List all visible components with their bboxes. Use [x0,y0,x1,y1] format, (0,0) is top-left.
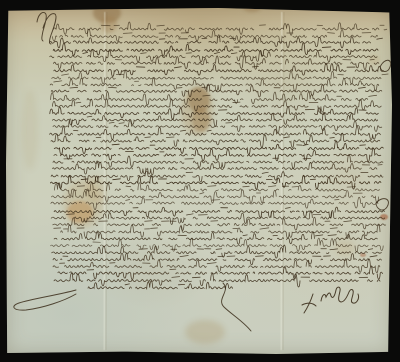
signature-name [321,287,359,303]
photo-background [0,0,400,362]
signature-paraph [302,294,316,313]
fold-line [104,12,105,350]
stain [181,87,213,135]
handwritten-text-block [50,22,389,289]
fold-line [281,12,282,350]
script-line [53,154,383,168]
script-line [54,273,380,287]
script-line [53,217,386,230]
signature [302,287,359,313]
script-line [53,43,378,57]
fold-shadow [106,12,107,350]
script-line [53,29,378,42]
script-line [54,225,380,239]
script-line [53,119,382,133]
script-line [50,106,379,119]
bottom-center-s-flourish [222,283,251,331]
script-line [52,245,382,258]
script-line [52,71,388,85]
bottom-left-lasso-flourish [14,290,76,310]
stain [185,320,225,344]
manuscript-artwork [6,8,392,354]
script-line [51,92,377,105]
stain [101,15,117,33]
stain [243,8,261,12]
script-line [50,78,379,91]
script-line [54,232,377,244]
script-line [54,148,381,161]
manuscript-paper [6,8,392,354]
script-line [53,253,381,265]
script-line [52,99,381,112]
fold-shadow [283,12,284,350]
stain [22,90,38,170]
right-margin-loop-upper [380,60,391,71]
